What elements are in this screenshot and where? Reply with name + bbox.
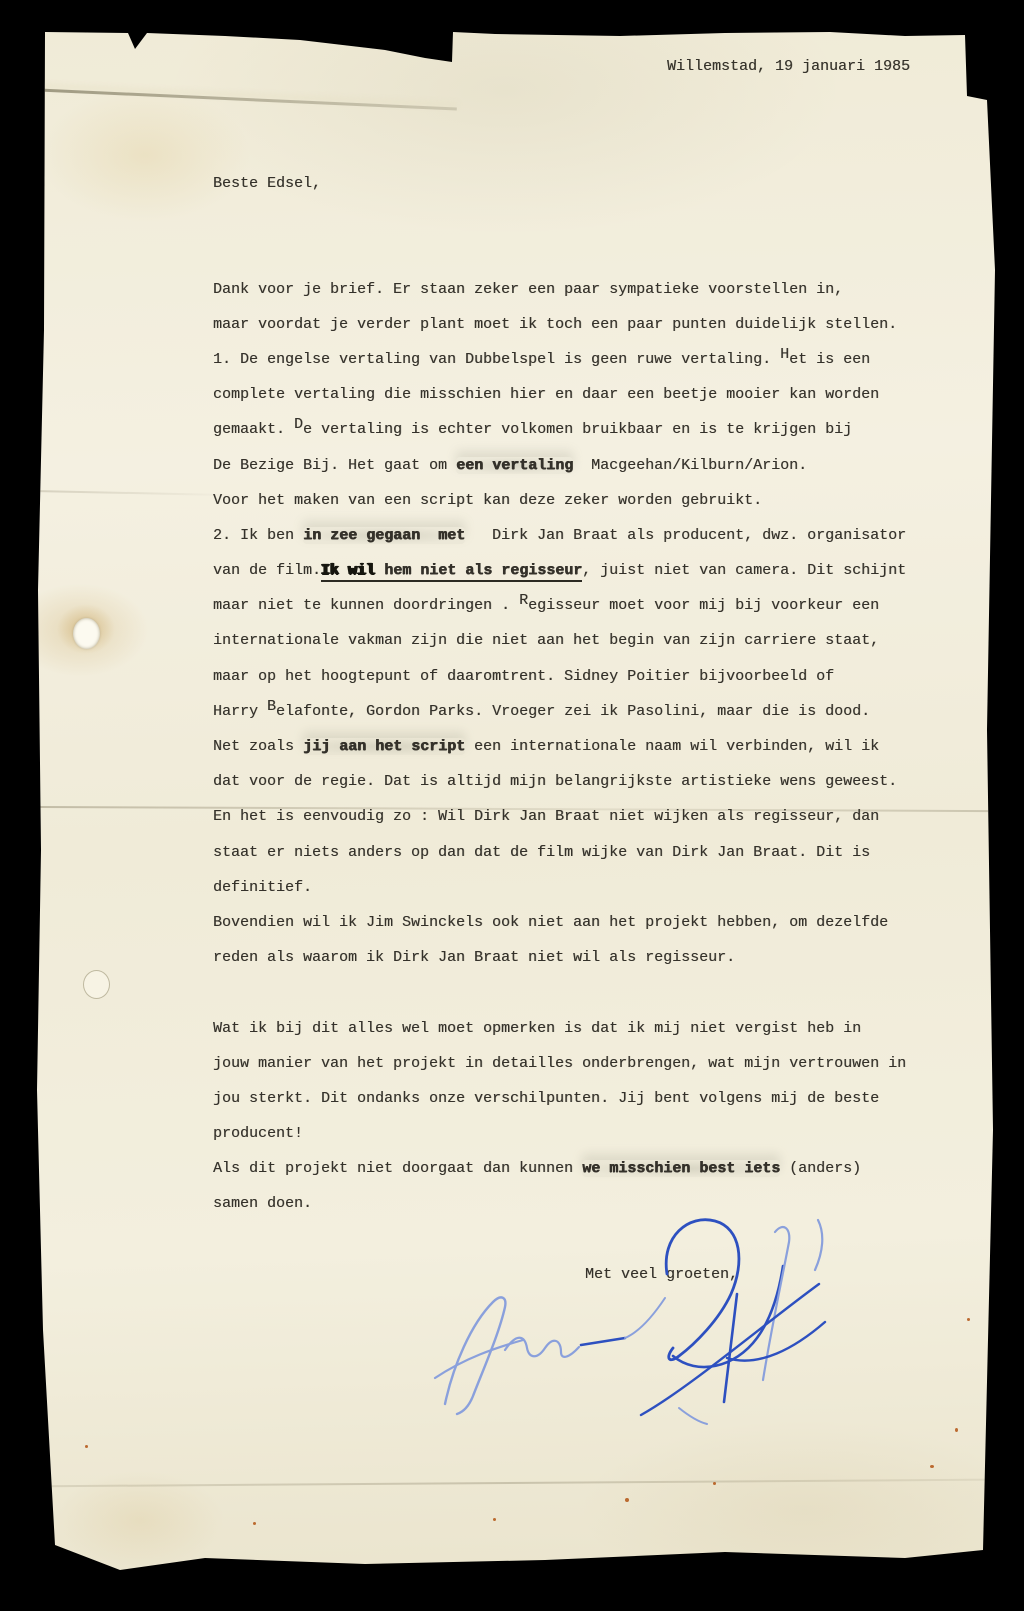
letter-line: maar op het hoogtepunt of daaromtrent. S… [213,659,988,694]
punch-hole [73,618,100,649]
signature [427,1208,829,1426]
letter-line: Wat ik bij dit alles wel moet opmerken i… [213,1011,988,1046]
letter-line: De Bezige Bij. Het gaat om een vertaling… [213,448,988,483]
letter-line: Dank voor je brief. Er staan zeker een p… [213,272,988,307]
rust-speck [930,1465,934,1468]
letter-body: Beste Edsel,Dank voor je brief. Er staan… [213,166,988,1292]
letter-line: Harry Belafonte, Gordon Parks. Vroeger z… [213,694,988,729]
punch-hole [83,970,110,999]
letter-line: jouw manier van het projekt in detailles… [213,1046,988,1081]
rust-speck [625,1498,629,1502]
rust-speck [85,1445,88,1448]
letter-line: Net zoals jij aan het script een interna… [213,729,988,764]
letter-line: reden als waarom ik Dirk Jan Braat niet … [213,940,988,975]
date-line: Willemstad, 19 januari 1985 [667,58,910,75]
letter-line: Bovendien wil ik Jim Swinckels ook niet … [213,905,988,940]
letter-line: complete vertaling die misschien hier en… [213,377,988,412]
letter-line: van de film.Ik wil hem niet als regisseu… [213,553,988,588]
fold-crease-left [25,490,235,496]
rust-speck [253,1522,256,1525]
letter-line: Als dit projekt niet doorgaat dan kunnen… [213,1151,988,1186]
blank-line [213,975,988,1010]
letter-paper: Willemstad, 19 januari 1985 Beste Edsel,… [25,30,1000,1575]
rust-speck [493,1518,496,1521]
letter-line: dat voor de regie. Dat is altijd mijn be… [213,764,988,799]
letter-line: definitief. [213,870,988,905]
blank-line [213,236,988,271]
letter-line: staat er niets anders op dan dat de film… [213,835,988,870]
letter-line: En het is eenvoudig zo : Wil Dirk Jan Br… [213,799,988,834]
scanned-letter: Willemstad, 19 januari 1985 Beste Edsel,… [0,0,1024,1611]
fold-crease-bottom [25,1479,1000,1488]
letter-line: Voor het maken van een script kan deze z… [213,483,988,518]
letter-line: gemaakt. De vertaling is echter volkomen… [213,412,988,447]
rust-speck [713,1482,716,1485]
letter-line: maar niet te kunnen doordringen . Regiss… [213,588,988,623]
letter-line: 1. De engelse vertaling van Dubbelspel i… [213,342,988,377]
letter-line: jou sterkt. Dit ondanks onze verschilpun… [213,1081,988,1116]
letter-line: maar voordat je verder plant moet ik toc… [213,307,988,342]
letter-line: internationale vakman zijn die niet aan … [213,623,988,658]
rust-speck [955,1428,958,1432]
rust-speck [967,1318,970,1321]
letter-line: producent! [213,1116,988,1151]
fold-crease-top [37,88,457,110]
blank-line [213,201,988,236]
letter-line: 2. Ik ben in zee gegaan met Dirk Jan Bra… [213,518,988,553]
letter-line: Beste Edsel, [213,166,988,201]
